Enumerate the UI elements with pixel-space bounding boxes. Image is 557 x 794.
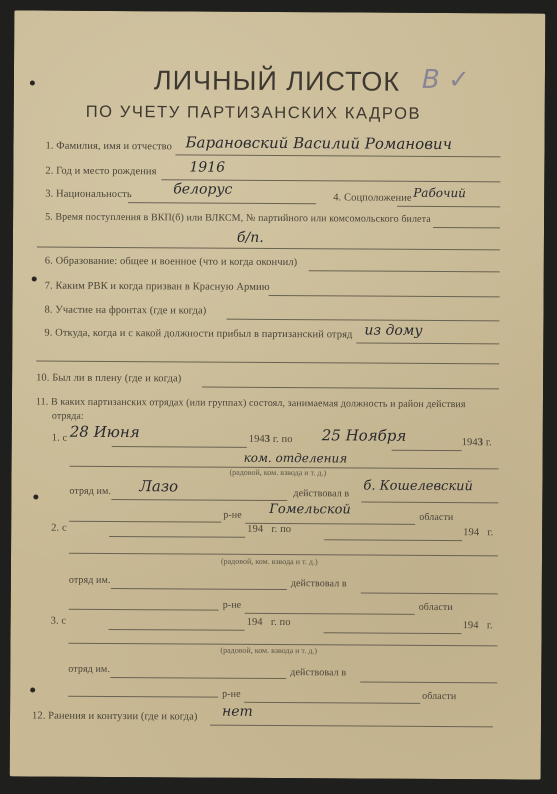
- detachment-1-to-year: 1943 г.: [462, 437, 492, 448]
- detachment-2-named-label: отряд им.: [69, 575, 111, 586]
- detachment-1-region-label: области: [419, 512, 453, 523]
- detachment-2-district-label: р-не: [223, 600, 242, 611]
- field-2-label: 2. Год и место рождения: [45, 166, 156, 178]
- detachment-1-from-year: 1943 г. по: [249, 434, 293, 445]
- detachment-2-acted-label: действовал в: [291, 578, 347, 589]
- detachment-1-acted-in[interactable]: б. Кошелевский: [363, 479, 473, 495]
- field-2-value[interactable]: 1916: [189, 159, 225, 175]
- detachment-3-to-year: 194 г.: [463, 620, 493, 631]
- detachment-3-num: 3. с: [51, 616, 67, 627]
- field-1-label: 1. Фамилия, имя и отчество: [45, 141, 172, 153]
- field-8-label: 8. Участие на фронтах (где и когда): [44, 305, 206, 317]
- detachment-1-acted-label: действовал в: [293, 488, 349, 499]
- field-3-label: 3. Национальность: [45, 189, 132, 201]
- detachment-1-district-label: р-не: [223, 510, 242, 521]
- field-6-label: 6. Образование: общее и военное (что и к…: [45, 256, 298, 269]
- binding-hole: [33, 495, 38, 500]
- detachment-1-from-date[interactable]: 28 Июня: [70, 423, 140, 441]
- detachment-3-region-label: области: [422, 691, 456, 702]
- binding-hole: [32, 276, 37, 281]
- position-hint: (радовой, ком. взвода и т. д.): [221, 557, 318, 567]
- position-hint: (радовой, ком. взвода и т. д.): [220, 646, 317, 656]
- detachment-2-from-year: 194 г. по: [247, 524, 291, 535]
- field-11-label: 11. В каких партизанских отрядах (или гр…: [36, 397, 466, 411]
- detachment-3-named-label: отряд им.: [68, 664, 110, 675]
- pencil-annotation: В ✓: [422, 65, 470, 95]
- field-12-value[interactable]: нет: [222, 704, 253, 720]
- field-10-label: 10. Был ли в плену (где и когда): [36, 373, 181, 385]
- binding-hole: [30, 80, 35, 85]
- field-4-label: 4. Соцположение: [333, 192, 412, 203]
- binding-hole: [30, 687, 35, 692]
- field-3-value[interactable]: белорус: [173, 181, 232, 197]
- detachment-2-region-label: области: [419, 602, 453, 613]
- detachment-1-position[interactable]: ком. отделения: [244, 451, 348, 466]
- field-7-label: 7. Каким РВК и когда призван в Красную А…: [45, 281, 270, 293]
- field-11-label-cont: отряда:: [52, 411, 84, 422]
- detachment-3-district-label: р-не: [222, 689, 241, 700]
- detachment-1-to-date[interactable]: 25 Ноября: [322, 426, 407, 445]
- field-4-value[interactable]: Рабочий: [413, 186, 466, 200]
- detachment-1-region[interactable]: Гомельской: [269, 502, 351, 517]
- field-5-label: 5. Время поступления в ВКП(б) или ВЛКСМ,…: [45, 212, 431, 225]
- detachment-1-name[interactable]: Лазо: [139, 477, 178, 495]
- detachment-3-from-year: 194 г. по: [247, 617, 291, 628]
- document-title: ЛИЧНЫЙ ЛИСТОК: [154, 65, 400, 98]
- position-hint: (радовой, ком. взвода и т. д.): [229, 468, 326, 478]
- document-page: ЛИЧНЫЙ ЛИСТОК В ✓ ПО УЧЕТУ ПАРТИЗАНСКИХ …: [10, 10, 546, 779]
- detachment-2-num: 2. с: [51, 523, 67, 534]
- detachment-2-to-year: 194 г.: [463, 527, 493, 538]
- field-9-label: 9. Откуда, когда и с какой должности при…: [44, 328, 352, 341]
- field-5-value[interactable]: б/п.: [237, 230, 264, 246]
- detachment-1-named-label: отряд им.: [69, 486, 111, 497]
- field-12-label: 12. Ранения и контузии (где и когда): [32, 711, 198, 723]
- detachment-1-num: 1. с: [52, 433, 68, 444]
- document-subtitle: ПО УЧЕТУ ПАРТИЗАНСКИХ КАДРОВ: [86, 103, 422, 124]
- field-9-value[interactable]: из дому: [364, 323, 422, 339]
- detachment-3-acted-label: действовал в: [290, 667, 346, 678]
- field-1-value[interactable]: Барановский Василий Романович: [185, 133, 452, 153]
